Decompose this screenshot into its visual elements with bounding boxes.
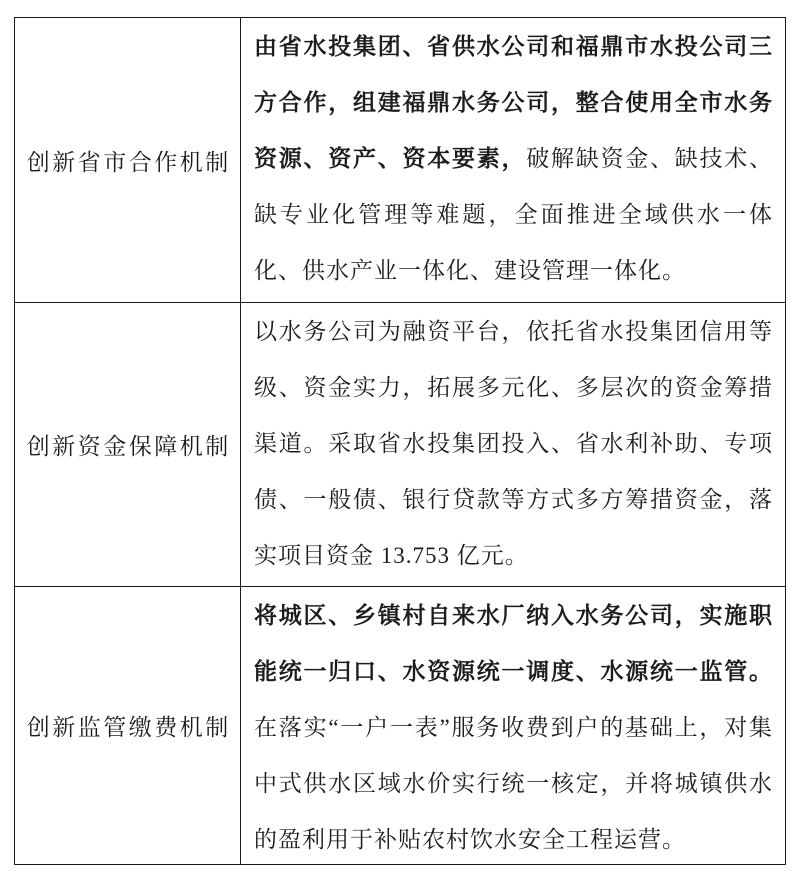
table-row: 创新省市合作机制 由省水投集团、省供水公司和福鼎市水投公司三方合作，组建福鼎水务… (15, 18, 785, 303)
row-label: 创新监管缴费机制 (27, 709, 231, 742)
table-row: 创新监管缴费机制 将城区、乡镇村自来水厂纳入水务公司，实施职能统一归口、水资源统… (15, 587, 785, 864)
row-label-cell: 创新资金保障机制 (15, 303, 241, 586)
row-content-cell: 将城区、乡镇村自来水厂纳入水务公司，实施职能统一归口、水资源统一调度、水源统一监… (241, 587, 785, 864)
row-content-cell: 由省水投集团、省供水公司和福鼎市水投公司三方合作，组建福鼎水务公司，整合使用全市… (241, 18, 785, 302)
row-content-text: 在落实“一户一表”服务收费到户的基础上，对集中式供水区域水价实行统一核定，并将城… (254, 715, 773, 852)
row-label-cell: 创新省市合作机制 (15, 18, 241, 302)
table-row: 创新资金保障机制 以水务公司为融资平台，依托省水投集团信用等级、资金实力，拓展多… (15, 303, 785, 587)
row-content-text: 以水务公司为融资平台，依托省水投集团信用等级、资金实力，拓展多元化、多层次的资金… (254, 319, 773, 568)
row-label: 创新省市合作机制 (27, 144, 231, 177)
row-label-cell: 创新监管缴费机制 (15, 587, 241, 864)
row-content-emphasis: 将城区、乡镇村自来水厂纳入水务公司，实施职能统一归口、水资源统一调度、水源统一监… (254, 603, 773, 684)
row-content-cell: 以水务公司为融资平台，依托省水投集团信用等级、资金实力，拓展多元化、多层次的资金… (241, 303, 785, 586)
mechanism-table: 创新省市合作机制 由省水投集团、省供水公司和福鼎市水投公司三方合作，组建福鼎水务… (14, 17, 786, 865)
row-label: 创新资金保障机制 (27, 428, 231, 461)
